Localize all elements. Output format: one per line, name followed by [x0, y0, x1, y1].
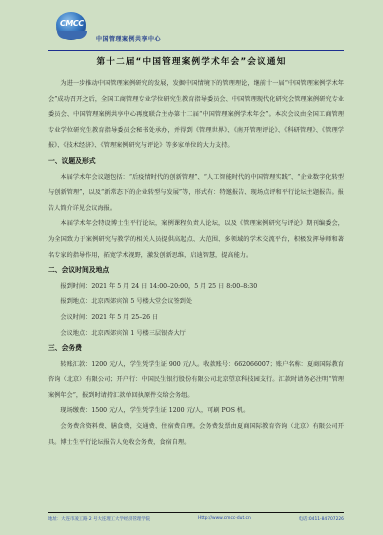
document-body: 为进一步推动中国管理案例研究的发展，发掘中国情境下的管理理论，继前十一届“中国管… — [48, 76, 344, 450]
logo-ribbon-icon — [57, 31, 87, 39]
header-divider — [48, 50, 344, 51]
organization-name: 中国管理案例共享中心 — [96, 34, 161, 43]
section-title-fees: 三、会务费 — [48, 341, 344, 357]
onsite-payment-paragraph: 现场缴费：1500 元/人，学生凭学生证 1200 元/人，可刷 POS 机。 — [48, 403, 344, 419]
conference-time: 会议时间：2021 年 5 月 25–26 日 — [48, 310, 344, 326]
forums-paragraph: 本届学术年会特设博士生平行论坛，案例课程负责人论坛，以及《管理案例研究与评论》期… — [48, 216, 344, 263]
bank-transfer-paragraph: 转账汇款：1200 元/人，学生凭学生证 900 元/人。收款账号：662066… — [48, 357, 344, 404]
registration-location: 报到地点：北京西郊宾馆 5 号楼大堂会议签到处 — [48, 294, 344, 310]
footer-divider — [48, 512, 344, 513]
topics-paragraph: 本届学术年会议题包括：“后疫情时代的创新管理”、“人工智能时代的中国管理实践”、… — [48, 170, 344, 217]
footer-url[interactable]: Http://www.cmcc-dut.cn — [198, 516, 251, 522]
registration-time: 报到时间：2021 年 5 月 24 日 14:00–20:00，5 月 25 … — [48, 279, 344, 295]
fee-details-paragraph: 会务费含资料费、膳食费，交通费、住宿费自理。会务费发票由夏商国际教育咨询（北京）… — [48, 419, 344, 450]
footer-phone: 电话:0411-84707226 — [299, 516, 344, 522]
intro-paragraph: 为进一步推动中国管理案例研究的发展，发掘中国情境下的管理理论，继前十一届“中国管… — [48, 76, 344, 154]
letterhead: CMCC 中国管理案例共享中心 第十二届“中国管理案例学术年会”会议通知 — [0, 0, 383, 66]
section-title-time-location: 二、会议时间及地点 — [48, 263, 344, 279]
footer: 地址：大连市凌工路 2 号大连理工大学经济管理学院 Http://www.cmc… — [48, 516, 344, 522]
conference-location: 会议地点：北京西郊宾馆 1 号楼三层银杏大厅 — [48, 326, 344, 342]
section-title-topics: 一、议题及形式 — [48, 154, 344, 170]
footer-address: 地址：大连市凌工路 2 号大连理工大学经济管理学院 — [48, 516, 150, 522]
document-title: 第十二届“中国管理案例学术年会”会议通知 — [0, 55, 383, 67]
logo-text: CMCC — [60, 19, 84, 28]
